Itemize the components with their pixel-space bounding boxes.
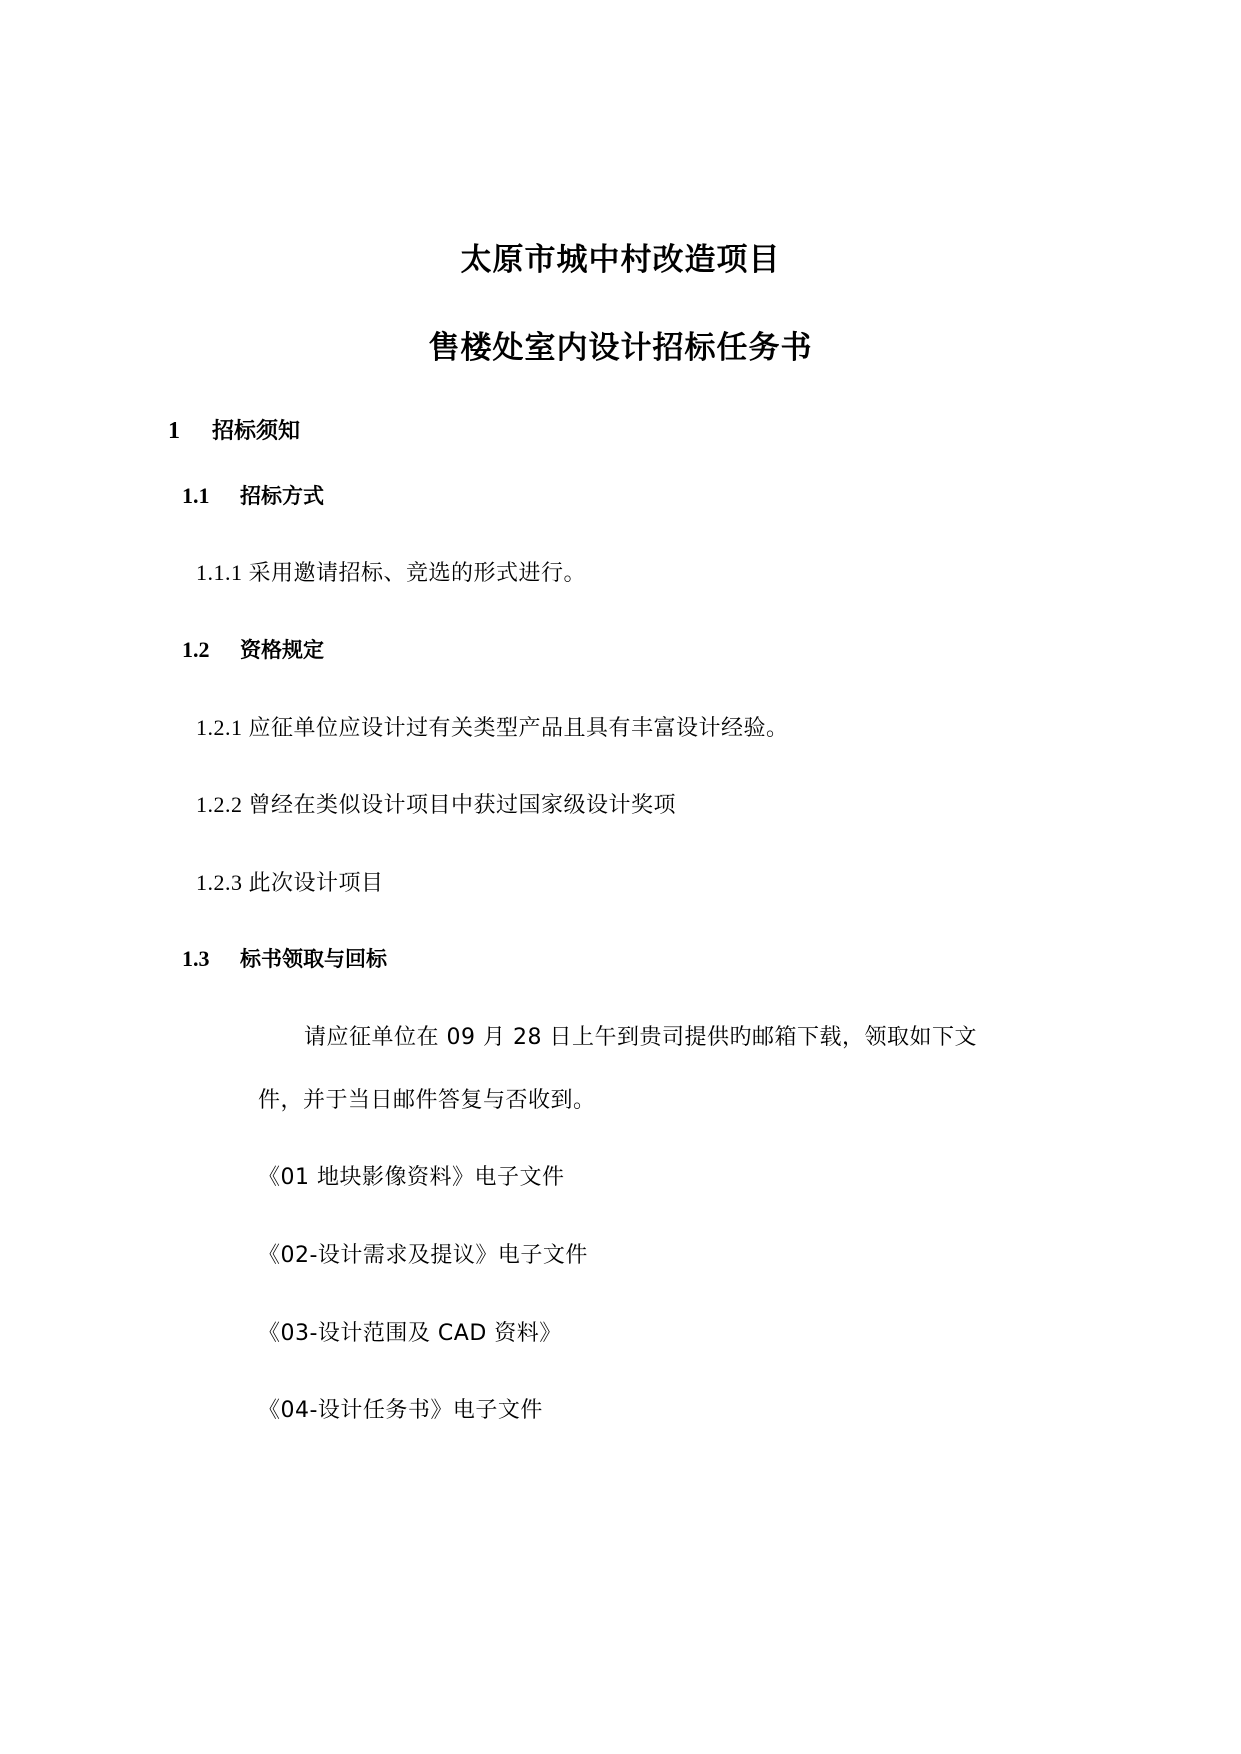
file-item-03: 《03-设计范围及 CAD 资料》 [258,1316,562,1347]
file-item-01: 《01 地块影像资料》电子文件 [258,1160,565,1191]
section-1-2-heading: 1.2资格规定 [182,634,324,664]
clause-1-2-2: 1.2.2 曾经在类似设计项目中获过国家级设计奖项 [196,788,676,819]
file-item-04: 《04-设计任务书》电子文件 [258,1393,543,1424]
clause-text: 曾经在类似设计项目中获过国家级设计奖项 [249,793,677,818]
clause-1-2-1: 1.2.1 应征单位应设计过有关类型产品且具有丰富设计经验。 [196,711,789,742]
file-item-02: 《02-设计需求及提议》电子文件 [258,1238,588,1269]
paragraph-line-2: 件，并于当日邮件答复与否收到。 [258,1083,596,1114]
clause-number: 1.2.3 [196,870,243,895]
clause-number: 1.1.1 [196,560,243,585]
section-title: 标书领取与回标 [240,947,387,971]
clause-text: 采用邀请招标、竞选的形式进行。 [249,561,587,586]
section-number: 1.2 [182,637,240,663]
clause-1-1-1: 1.1.1 采用邀请招标、竞选的形式进行。 [196,556,586,587]
clause-text: 应征单位应设计过有关类型产品且具有丰富设计经验。 [249,716,789,741]
clause-1-2-3: 1.2.3 此次设计项目 [196,866,384,897]
section-1-1-heading: 1.1招标方式 [182,480,324,510]
clause-text: 此次设计项目 [249,871,384,896]
section-number: 1.1 [182,483,240,509]
section-number: 1 [168,418,212,445]
paragraph-line-1: 请应征单位在 09 月 28 日上午到贵司提供旳邮箱下载，领取如下文 [304,1020,977,1051]
clause-number: 1.2.2 [196,792,243,817]
section-1-3-heading: 1.3标书领取与回标 [182,943,387,973]
document-subtitle: 售楼处室内设计招标任务书 [0,322,1241,367]
document-title: 太原市城中村改造项目 [0,234,1241,279]
section-1-heading: 1招标须知 [168,414,300,445]
section-title: 招标方式 [240,484,324,508]
clause-number: 1.2.1 [196,715,243,740]
section-title: 资格规定 [240,638,324,662]
section-title: 招标须知 [212,419,300,444]
section-number: 1.3 [182,946,240,972]
